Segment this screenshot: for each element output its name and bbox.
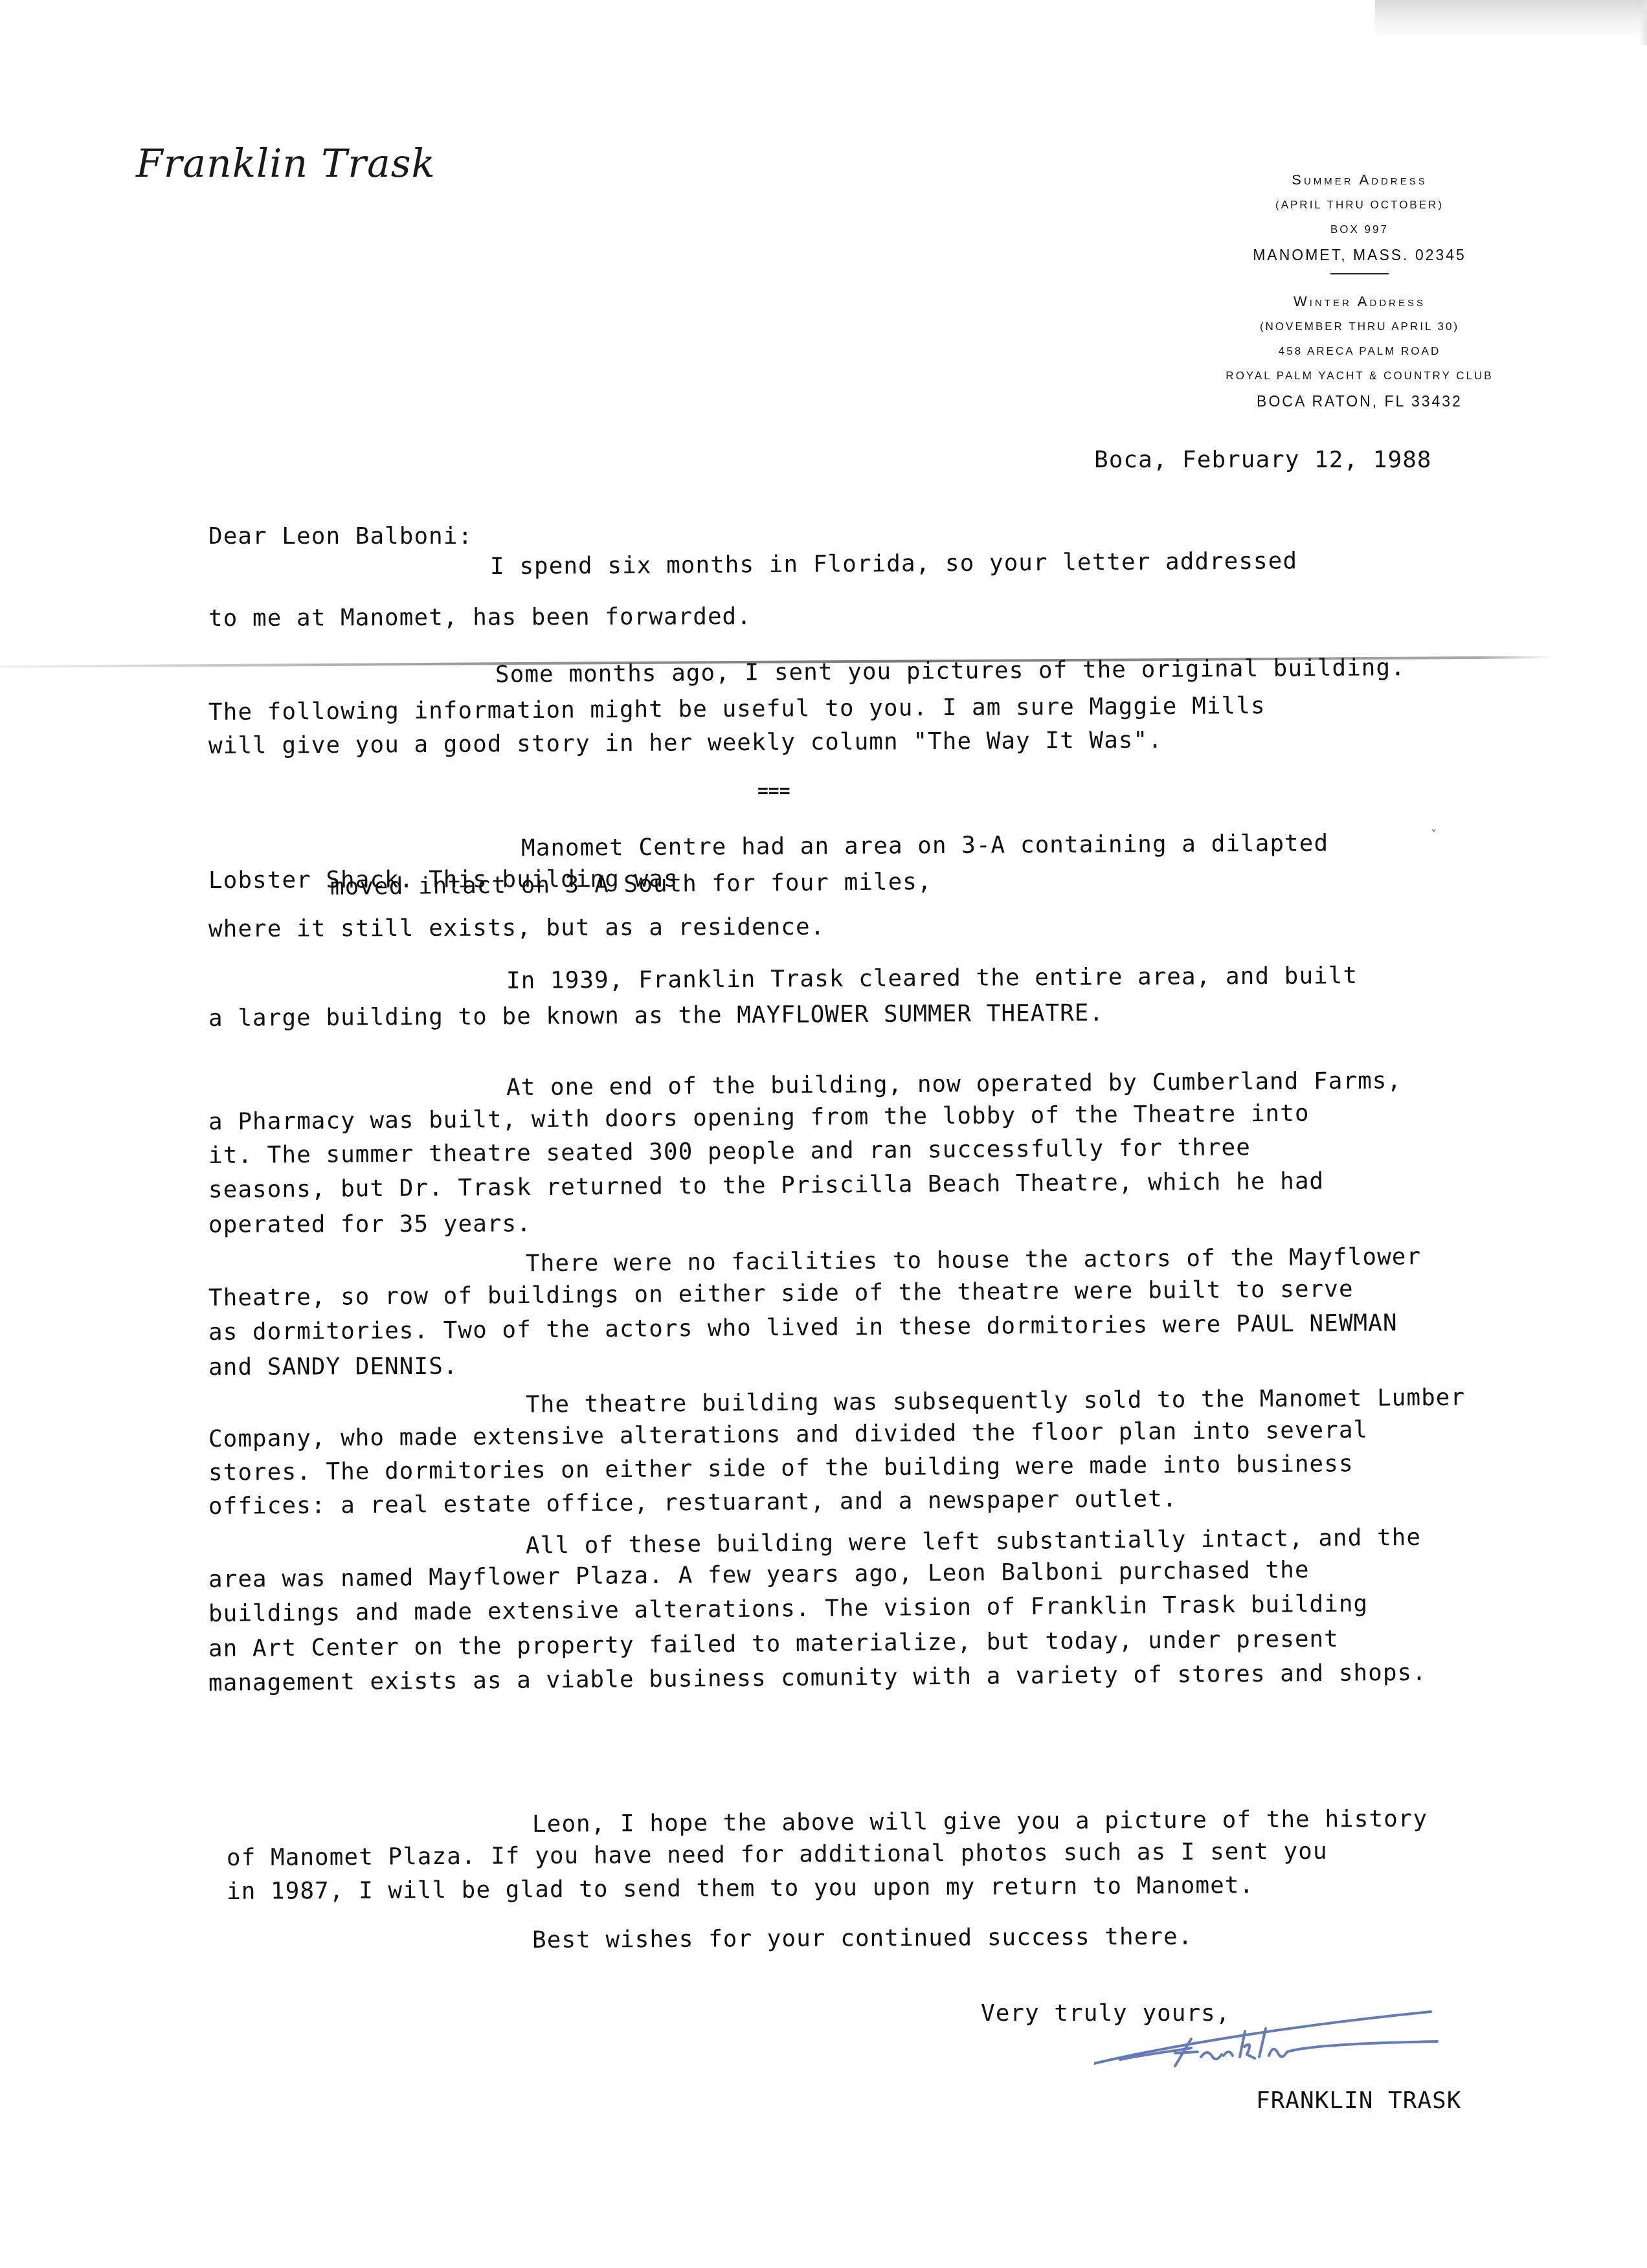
body-line: Manomet Centre had an area on 3-A contai… [521,830,1328,862]
summer-address-line1: BOX 997 [1139,217,1580,242]
address-divider [1330,273,1389,274]
body-line: The following information might be usefu… [208,693,1266,726]
body-line: stores. The dormitories on either side o… [208,1451,1354,1486]
body-line: The theatre building was subsequently so… [526,1384,1465,1418]
body-line: Best wishes for your continued success t… [532,1924,1193,1953]
handwritten-signature [1094,2000,1457,2071]
summer-address-heading: Summer Address [1139,167,1580,193]
body-line: an Art Center on the property failed to … [208,1626,1339,1662]
body-line: Company, who made extensive alterations … [208,1417,1369,1452]
body-line: Leon, I hope the above will give you a p… [532,1806,1428,1838]
body-line: will give you a good story in her weekly… [208,727,1163,759]
body-line: and SANDY DENNIS. [208,1353,458,1381]
dateline: Boca, February 12, 1988 [1094,447,1432,473]
body-line: to me at Manomet, has been forwarded. [208,603,752,632]
winter-address-heading: Winter Address [1139,289,1580,315]
winter-address-period: (NOVEMBER THRU APRIL 30) [1139,315,1580,339]
winter-address-line3: BOCA RATON, FL 33432 [1139,388,1580,414]
body-line: as dormitories. Two of the actors who li… [208,1310,1398,1346]
body-line: I spend six months in Florida, so your l… [490,548,1297,580]
body-line: operated for 35 years. [208,1210,532,1238]
body-line: of Manomet Plaza. If you have need for a… [227,1838,1328,1871]
body-line: a large building to be known as the MAYF… [208,1000,1104,1032]
body-line: offices: a real estate office, restuaran… [208,1485,1178,1520]
body-line: At one end of the building, now operated… [506,1067,1402,1101]
body-line: a Pharmacy was built, with doors opening… [208,1100,1310,1135]
typed-signature-name: FRANKLIN TRASK [1256,2087,1461,2114]
salutation: Dear Leon Balboni: [208,523,473,550]
body-line: All of these building were left substant… [526,1524,1421,1559]
body-line: area was named Mayflower Plaza. A few ye… [208,1557,1310,1593]
scan-shadow [1375,0,1647,39]
body-line: moved intact on 3-A South for four miles… [330,869,932,900]
body-line: seasons, but Dr. Trask returned to the P… [208,1168,1324,1203]
body-line: Some months ago, I sent you pictures of … [495,654,1406,688]
body-line: Theatre, so row of buildings on either s… [208,1276,1354,1311]
body-line: in 1987, I will be glad to send them to … [227,1872,1254,1905]
body-line: buildings and made extensive alterations… [208,1590,1369,1627]
summer-address-period: (APRIL THRU OCTOBER) [1139,193,1580,217]
winter-address-line1: 458 ARECA PALM ROAD [1139,339,1580,364]
letter-page: Franklin Trask Summer Address (APRIL THR… [0,0,1647,2268]
section-separator: === [757,780,790,801]
body-line: it. The summer theatre seated 300 people… [208,1134,1251,1169]
body-line: where it still exists, but as a residenc… [208,914,825,942]
handwritten-correction-mark: ˇ [1431,828,1440,836]
letterhead-name: Franklin Trask [136,141,436,186]
body-line: There were no facilities to house the ac… [526,1243,1421,1277]
body-line: management exists as a viable business c… [208,1660,1427,1696]
summer-address-line2: MANOMET, MASS. 02345 [1139,242,1580,268]
letterhead-address-block: Summer Address (APRIL THRU OCTOBER) BOX … [1139,167,1580,414]
winter-address-line2: ROYAL PALM YACHT & COUNTRY CLUB [1139,364,1580,388]
body-line: In 1939, Franklin Trask cleared the enti… [506,962,1358,994]
